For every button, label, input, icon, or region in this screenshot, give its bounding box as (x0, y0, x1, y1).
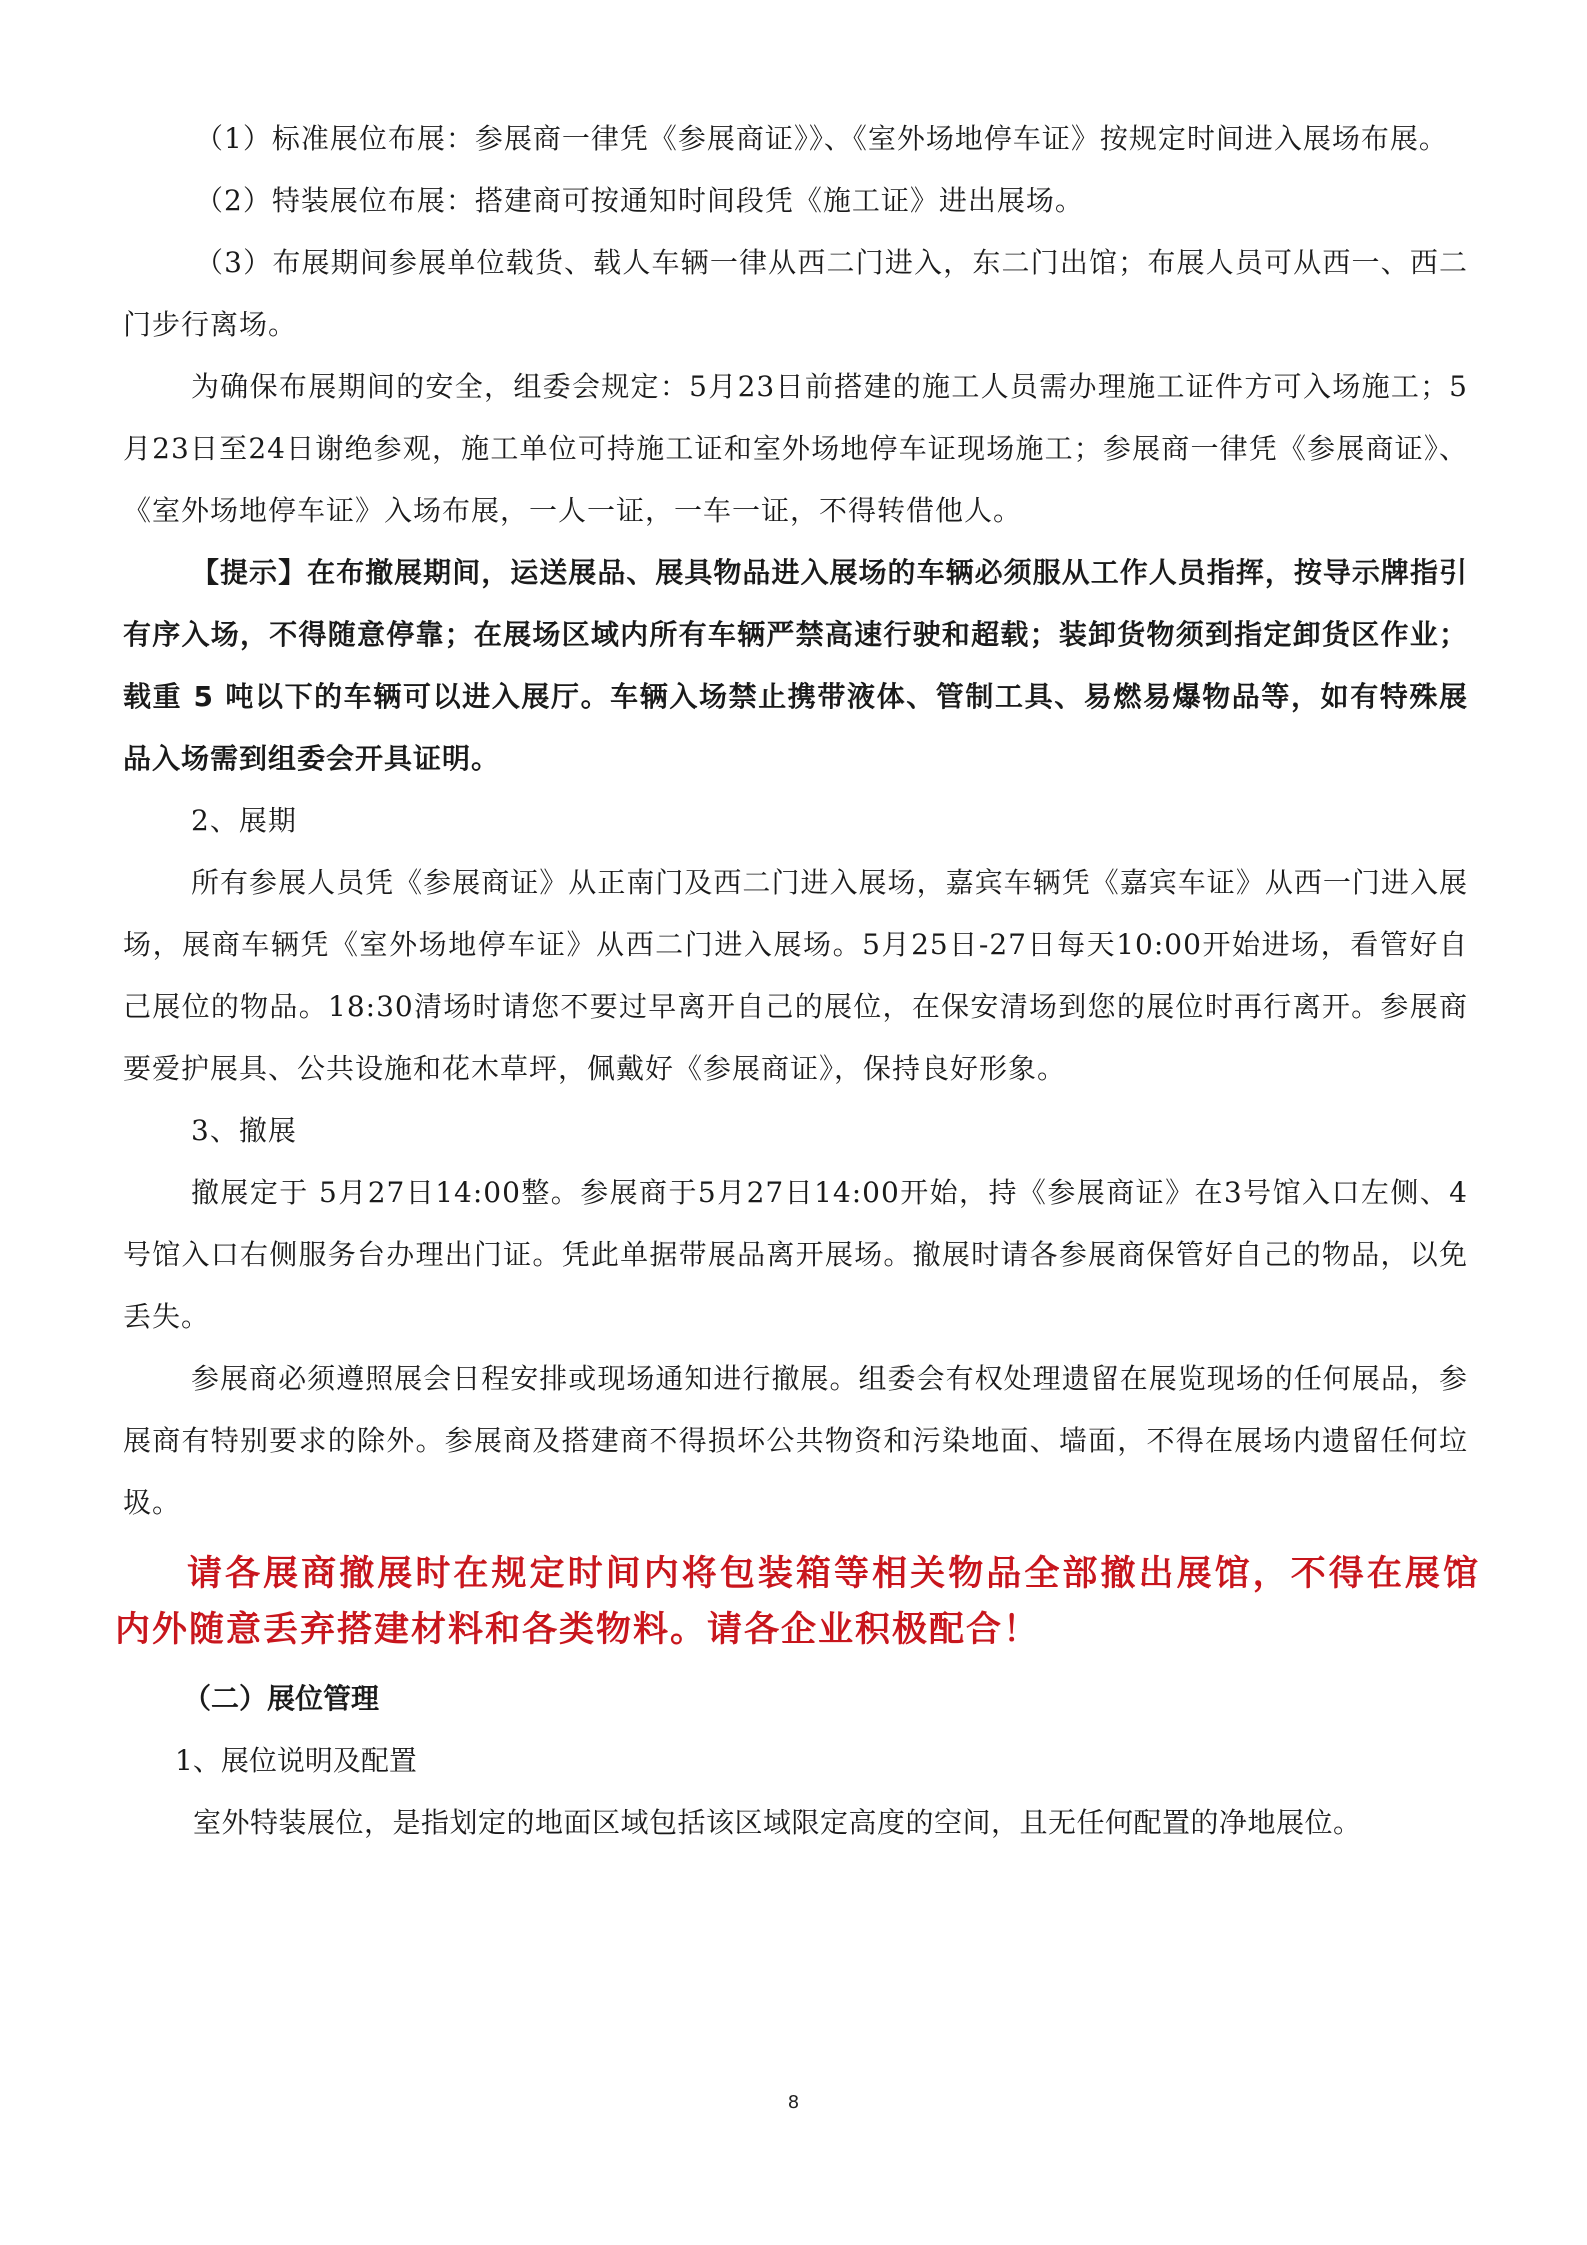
document-page: （1）标准展位布展：参展商一律凭《参展商证》》、《室外场地停车证》按规定时间进入… (123, 108, 1468, 1854)
safety-rule-paragraph: 为确保布展期间的安全，组委会规定：5月23日前搭建的施工人员需办理施工证件方可入… (123, 356, 1468, 542)
section-3-title: 3、撤展 (123, 1100, 1468, 1162)
red-notice-wrapper: 请各展商撤展时在规定时间内将包装箱等相关物品全部撤出展馆，不得在展馆内外随意丢弃… (115, 1546, 1480, 1658)
booth-config-body: 室外特装展位，是指划定的地面区域包括该区域限定高度的空间，且无任何配置的净地展位… (123, 1792, 1468, 1854)
setup-item-1: （1）标准展位布展：参展商一律凭《参展商证》》、《室外场地停车证》按规定时间进入… (123, 108, 1468, 170)
booth-management-heading: （二）展位管理 (123, 1668, 1468, 1730)
booth-config-subheading: 1、展位说明及配置 (123, 1730, 1468, 1792)
setup-item-3: （3）布展期间参展单位载货、载人车辆一律从西二门进入，东二门出馆；布展人员可从西… (123, 232, 1468, 356)
red-notice: 请各展商撤展时在规定时间内将包装箱等相关物品全部撤出展馆，不得在展馆内外随意丢弃… (115, 1546, 1480, 1658)
tip-tag: 【提示】 (191, 556, 307, 589)
section-3-body-2: 参展商必须遵照展会日程安排或现场通知进行撤展。组委会有权处理遗留在展览现场的任何… (123, 1348, 1468, 1534)
setup-item-2: （2）特装展位布展：搭建商可按通知时间段凭《施工证》进出展场。 (123, 170, 1468, 232)
section-2-title: 2、展期 (123, 790, 1468, 852)
section-2-body: 所有参展人员凭《参展商证》从正南门及西二门进入展场，嘉宾车辆凭《嘉宾车证》从西一… (123, 852, 1468, 1100)
tip-paragraph: 【提示】在布撤展期间，运送展品、展具物品进入展场的车辆必须服从工作人员指挥，按导… (123, 542, 1468, 790)
tip-text: 在布撤展期间，运送展品、展具物品进入展场的车辆必须服从工作人员指挥，按导示牌指引… (123, 556, 1468, 775)
section-3-body-1: 撤展定于 5月27日14:00整。参展商于5月27日14:00开始，持《参展商证… (123, 1162, 1468, 1348)
page-number: 8 (0, 2092, 1587, 2113)
